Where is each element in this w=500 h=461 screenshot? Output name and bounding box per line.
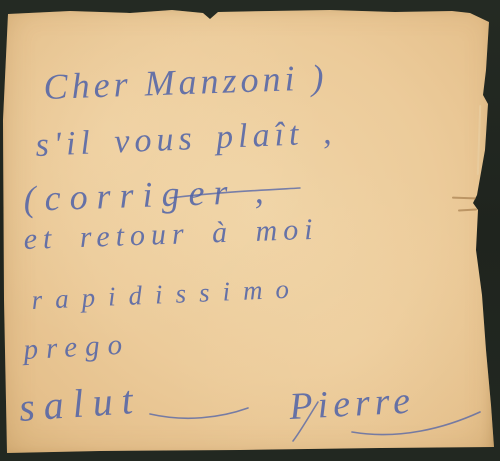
pen-flourish-salut-tail <box>150 408 248 418</box>
handwriting-line-rapidissimo: rapidissimo <box>31 273 303 315</box>
handwriting-line-salut: salut <box>17 377 143 430</box>
handwriting-layer: Cher Manzoni ) s'il vous plaît , (corrig… <box>0 0 500 461</box>
handwriting-line-prego: prego <box>21 328 131 366</box>
handwriting-line-salutation: Cher Manzoni ) <box>43 57 328 107</box>
photo-mount-background: Cher Manzoni ) s'il vous plaît , (corrig… <box>0 0 500 461</box>
handwriting-line-please: s'il vous plaît , <box>35 114 337 164</box>
handwriting-line-return-to-me: et retour à moi <box>23 213 319 256</box>
handwriting-line-correct: (corriger , <box>23 170 273 219</box>
